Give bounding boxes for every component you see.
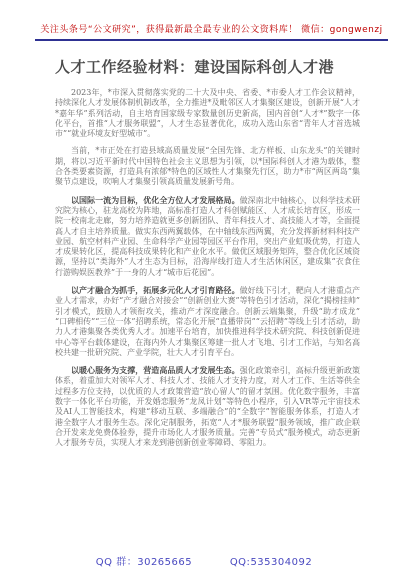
paragraph: 当前，*市正处在打造县域高质量发展“全国先锋、北方样板、山东龙头”的关键时期，将… [55, 146, 360, 187]
qq-contact: QQ:535304092 [230, 557, 312, 568]
qq-label: QQ: [230, 557, 251, 568]
document-body: 2023年，*市深入贯彻落实党的二十大及中央、省委、*市委人才工作会议精神，持续… [55, 88, 360, 456]
paragraph-text: 2023年，*市深入贯彻落实党的二十大及中央、省委、*市委人才工作会议精神，持续… [55, 88, 360, 138]
contact-footer: QQ 群：30265665 QQ:535304092 [0, 553, 408, 568]
qq-group-number: 30265665 [137, 557, 192, 568]
paragraph-text: 当前，*市正处在打造县域高质量发展“全国先锋、北方样板、山东龙头”的关键时期，将… [55, 146, 360, 186]
paragraph-text: 做好线下引才，靶向人才港重点产业人才需求，办好“产才融合对接会”“创新创业大赛”… [55, 286, 360, 357]
paragraph-lead: 以暖心服务为支撑，营造高品质人才发展生态。 [71, 365, 240, 375]
promo-banner: 关注头条号“公文研究”，获得最新最全最专业的公文资料库！ 微信：gongwenz… [35, 22, 388, 41]
paragraph-text: 强化政策牵引，高标升级更新政策体系，着重加大对领军人才、科技人才、技能人才支持力… [55, 366, 360, 447]
paragraph: 以国际一流为目标，优化全方位人才发展格局。做深南北中轴核心，以科学技术研究院为核… [55, 195, 360, 278]
paragraph-lead: 以产才融合为抓手，拓展多元化人才引育路径。 [71, 285, 240, 295]
qq-number: 535304092 [250, 557, 312, 568]
paragraph-lead: 以国际一流为目标，优化全方位人才发展格局。 [71, 195, 240, 205]
qq-group-label: QQ 群： [96, 557, 137, 568]
qq-group: QQ 群：30265665 [96, 553, 192, 568]
page-title: 人才工作经验材料：建设国际科创人才港 [55, 56, 360, 77]
paragraph: 以暖心服务为支撑，营造高品质人才发展生态。强化政策牵引，高标升级更新政策体系，着… [55, 365, 360, 448]
paragraph-text: 做深南北中轴核心，以科学技术研究院为核心，驻龙高校为阵地，高标准打造人才科创赋能… [55, 196, 360, 277]
paragraph: 2023年，*市深入贯彻落实党的二十大及中央、省委、*市委人才工作会议精神，持续… [55, 88, 360, 139]
document-page: 关注头条号“公文研究”，获得最新最全最专业的公文资料库！ 微信：gongwenz… [0, 0, 408, 580]
paragraph: 以产才融合为抓手，拓展多元化人才引育路径。做好线下引才，靶向人才港重点产业人才需… [55, 285, 360, 358]
